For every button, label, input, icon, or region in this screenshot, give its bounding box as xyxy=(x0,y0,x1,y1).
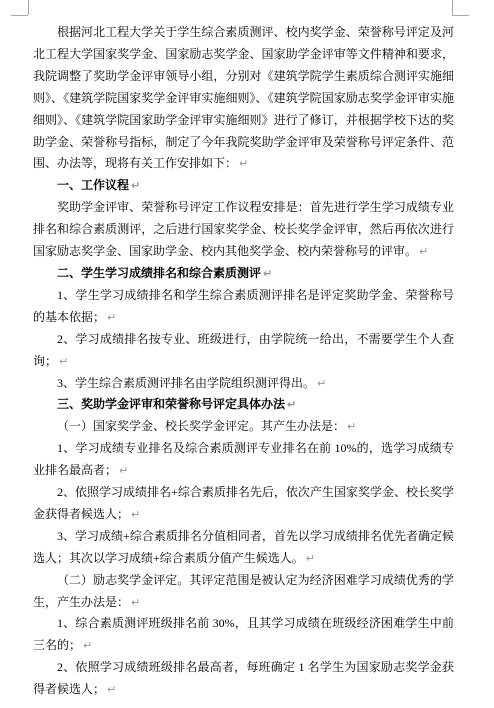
paragraph-text: 3、学生综合素质测评排名由学院组织测评得出。 xyxy=(57,376,315,390)
paragraph: 2、依照学习成绩排名+综合素质排名先后，依次产生国家奖学金、校长奖学金获得者候选… xyxy=(33,482,454,526)
paragraph: 3、学生综合素质测评排名由学院组织测评得出。↵ xyxy=(33,373,454,395)
paragraph-text: 2、依照学习成绩班级排名最高者，每班确定 1 名学生为国家励志奖学金获得者候选人… xyxy=(33,660,454,696)
section-heading: 一、工作议程↵ xyxy=(33,175,454,197)
paragraph: 根据河北工程大学关于学生综合素质测评、校内奖学金、荣誉称号评定及河北工程大学国家… xyxy=(33,22,454,175)
paragraph-mark-icon: ↵ xyxy=(347,420,356,433)
paragraph-mark-icon: ↵ xyxy=(263,267,272,280)
paragraph-text: 3、学习成绩+综合素质排名分值相同者，首先以学习成绩排名优先者确定候选人；其次以… xyxy=(33,529,454,565)
section-heading: 二、学生学习成绩排名和综合素质测评↵ xyxy=(33,263,454,285)
document-page: 根据河北工程大学关于学生综合素质测评、校内奖学金、荣誉称号评定及河北工程大学国家… xyxy=(0,0,494,708)
paragraph-mark-icon: ↵ xyxy=(317,377,326,390)
margin-crop-mark-top-left-vertical xyxy=(28,0,29,15)
paragraph-text: 二、学生学习成绩排名和综合素质测评 xyxy=(57,266,261,280)
paragraph-mark-icon: ↵ xyxy=(306,552,315,565)
paragraph-text: （一）国家奖学金、校长奖学金评定。其产生办法是： xyxy=(57,419,345,433)
paragraph: 2、依照学习成绩班级排名最高者，每班确定 1 名学生为国家励志奖学金获得者候选人… xyxy=(33,657,454,701)
paragraph: （二）励志奖学金评定。其评定范围是被认定为经济困难学习成绩优秀的学生，产生办法是… xyxy=(33,570,454,614)
margin-crop-mark-top-left-horizontal xyxy=(11,15,28,16)
paragraph: 1、学习成绩专业排名及综合素质测评专业排名在前 10%的，选学习成绩专业排名最高… xyxy=(33,438,454,482)
paragraph-text: 根据河北工程大学关于学生综合素质测评、校内奖学金、荣誉称号评定及河北工程大学国家… xyxy=(33,25,454,170)
paragraph-mark-icon: ↵ xyxy=(419,245,428,258)
paragraph-text: 1、综合素质测评班级排名前 30%，且其学习成绩在班级经济困难学生中前三名的； xyxy=(33,616,454,652)
paragraph: （一）国家奖学金、校长奖学金评定。其产生办法是：↵ xyxy=(33,416,454,438)
paragraph-mark-icon: ↵ xyxy=(131,596,140,609)
paragraph-text: 2、学习成绩排名按专业、班级进行，由学院统一给出，不需要学生个人查询； xyxy=(33,332,454,368)
paragraph-mark-icon: ↵ xyxy=(131,179,140,192)
paragraph-text: 一、工作议程 xyxy=(57,178,129,192)
section-heading: 三、奖助学金评审和荣誉称号评定具体办法↵ xyxy=(33,394,454,416)
paragraph: 1、学生学习成绩排名和学生综合素质测评排名是评定奖助学金、荣誉称号的基本依据；↵ xyxy=(33,285,454,329)
paragraph-text: 奖助学金评审、荣誉称号评定工作议程安排是：首先进行学生学习成绩专业排名和综合素质… xyxy=(33,200,454,258)
paragraph-mark-icon: ↵ xyxy=(239,157,248,170)
paragraph: 2、学习成绩排名按专业、班级进行，由学院统一给出，不需要学生个人查询；↵ xyxy=(33,329,454,373)
paragraph: 奖助学金评审、荣誉称号评定工作议程安排是：首先进行学生学习成绩专业排名和综合素质… xyxy=(33,197,454,263)
margin-crop-mark-top-right-vertical xyxy=(452,0,453,15)
paragraph-mark-icon: ↵ xyxy=(287,398,296,411)
paragraph-mark-icon: ↵ xyxy=(107,311,116,324)
paragraph-text: 1、学习成绩专业排名及综合素质测评专业排名在前 10%的，选学习成绩专业排名最高… xyxy=(33,441,454,477)
paragraph-mark-icon: ↵ xyxy=(107,683,116,696)
paragraph-mark-icon: ↵ xyxy=(83,639,92,652)
paragraph-mark-icon: ↵ xyxy=(59,355,68,368)
paragraph-mark-icon: ↵ xyxy=(119,464,128,477)
paragraph-text: 三、奖助学金评审和荣誉称号评定具体办法 xyxy=(57,397,285,411)
paragraph-text: （二）励志奖学金评定。其评定范围是被认定为经济困难学习成绩优秀的学生，产生办法是… xyxy=(33,573,454,609)
paragraph-mark-icon: ↵ xyxy=(131,508,140,521)
paragraph-text: 2、依照学习成绩排名+综合素质排名先后，依次产生国家奖学金、校长奖学金获得者候选… xyxy=(33,485,454,521)
document-body: 根据河北工程大学关于学生综合素质测评、校内奖学金、荣誉称号评定及河北工程大学国家… xyxy=(33,22,454,701)
paragraph: 1、综合素质测评班级排名前 30%，且其学习成绩在班级经济困难学生中前三名的；↵ xyxy=(33,613,454,657)
paragraph-text: 1、学生学习成绩排名和学生综合素质测评排名是评定奖助学金、荣誉称号的基本依据； xyxy=(33,288,454,324)
margin-crop-mark-top-right-horizontal xyxy=(452,15,469,16)
paragraph: 3、学习成绩+综合素质排名分值相同者，首先以学习成绩排名优先者确定候选人；其次以… xyxy=(33,526,454,570)
